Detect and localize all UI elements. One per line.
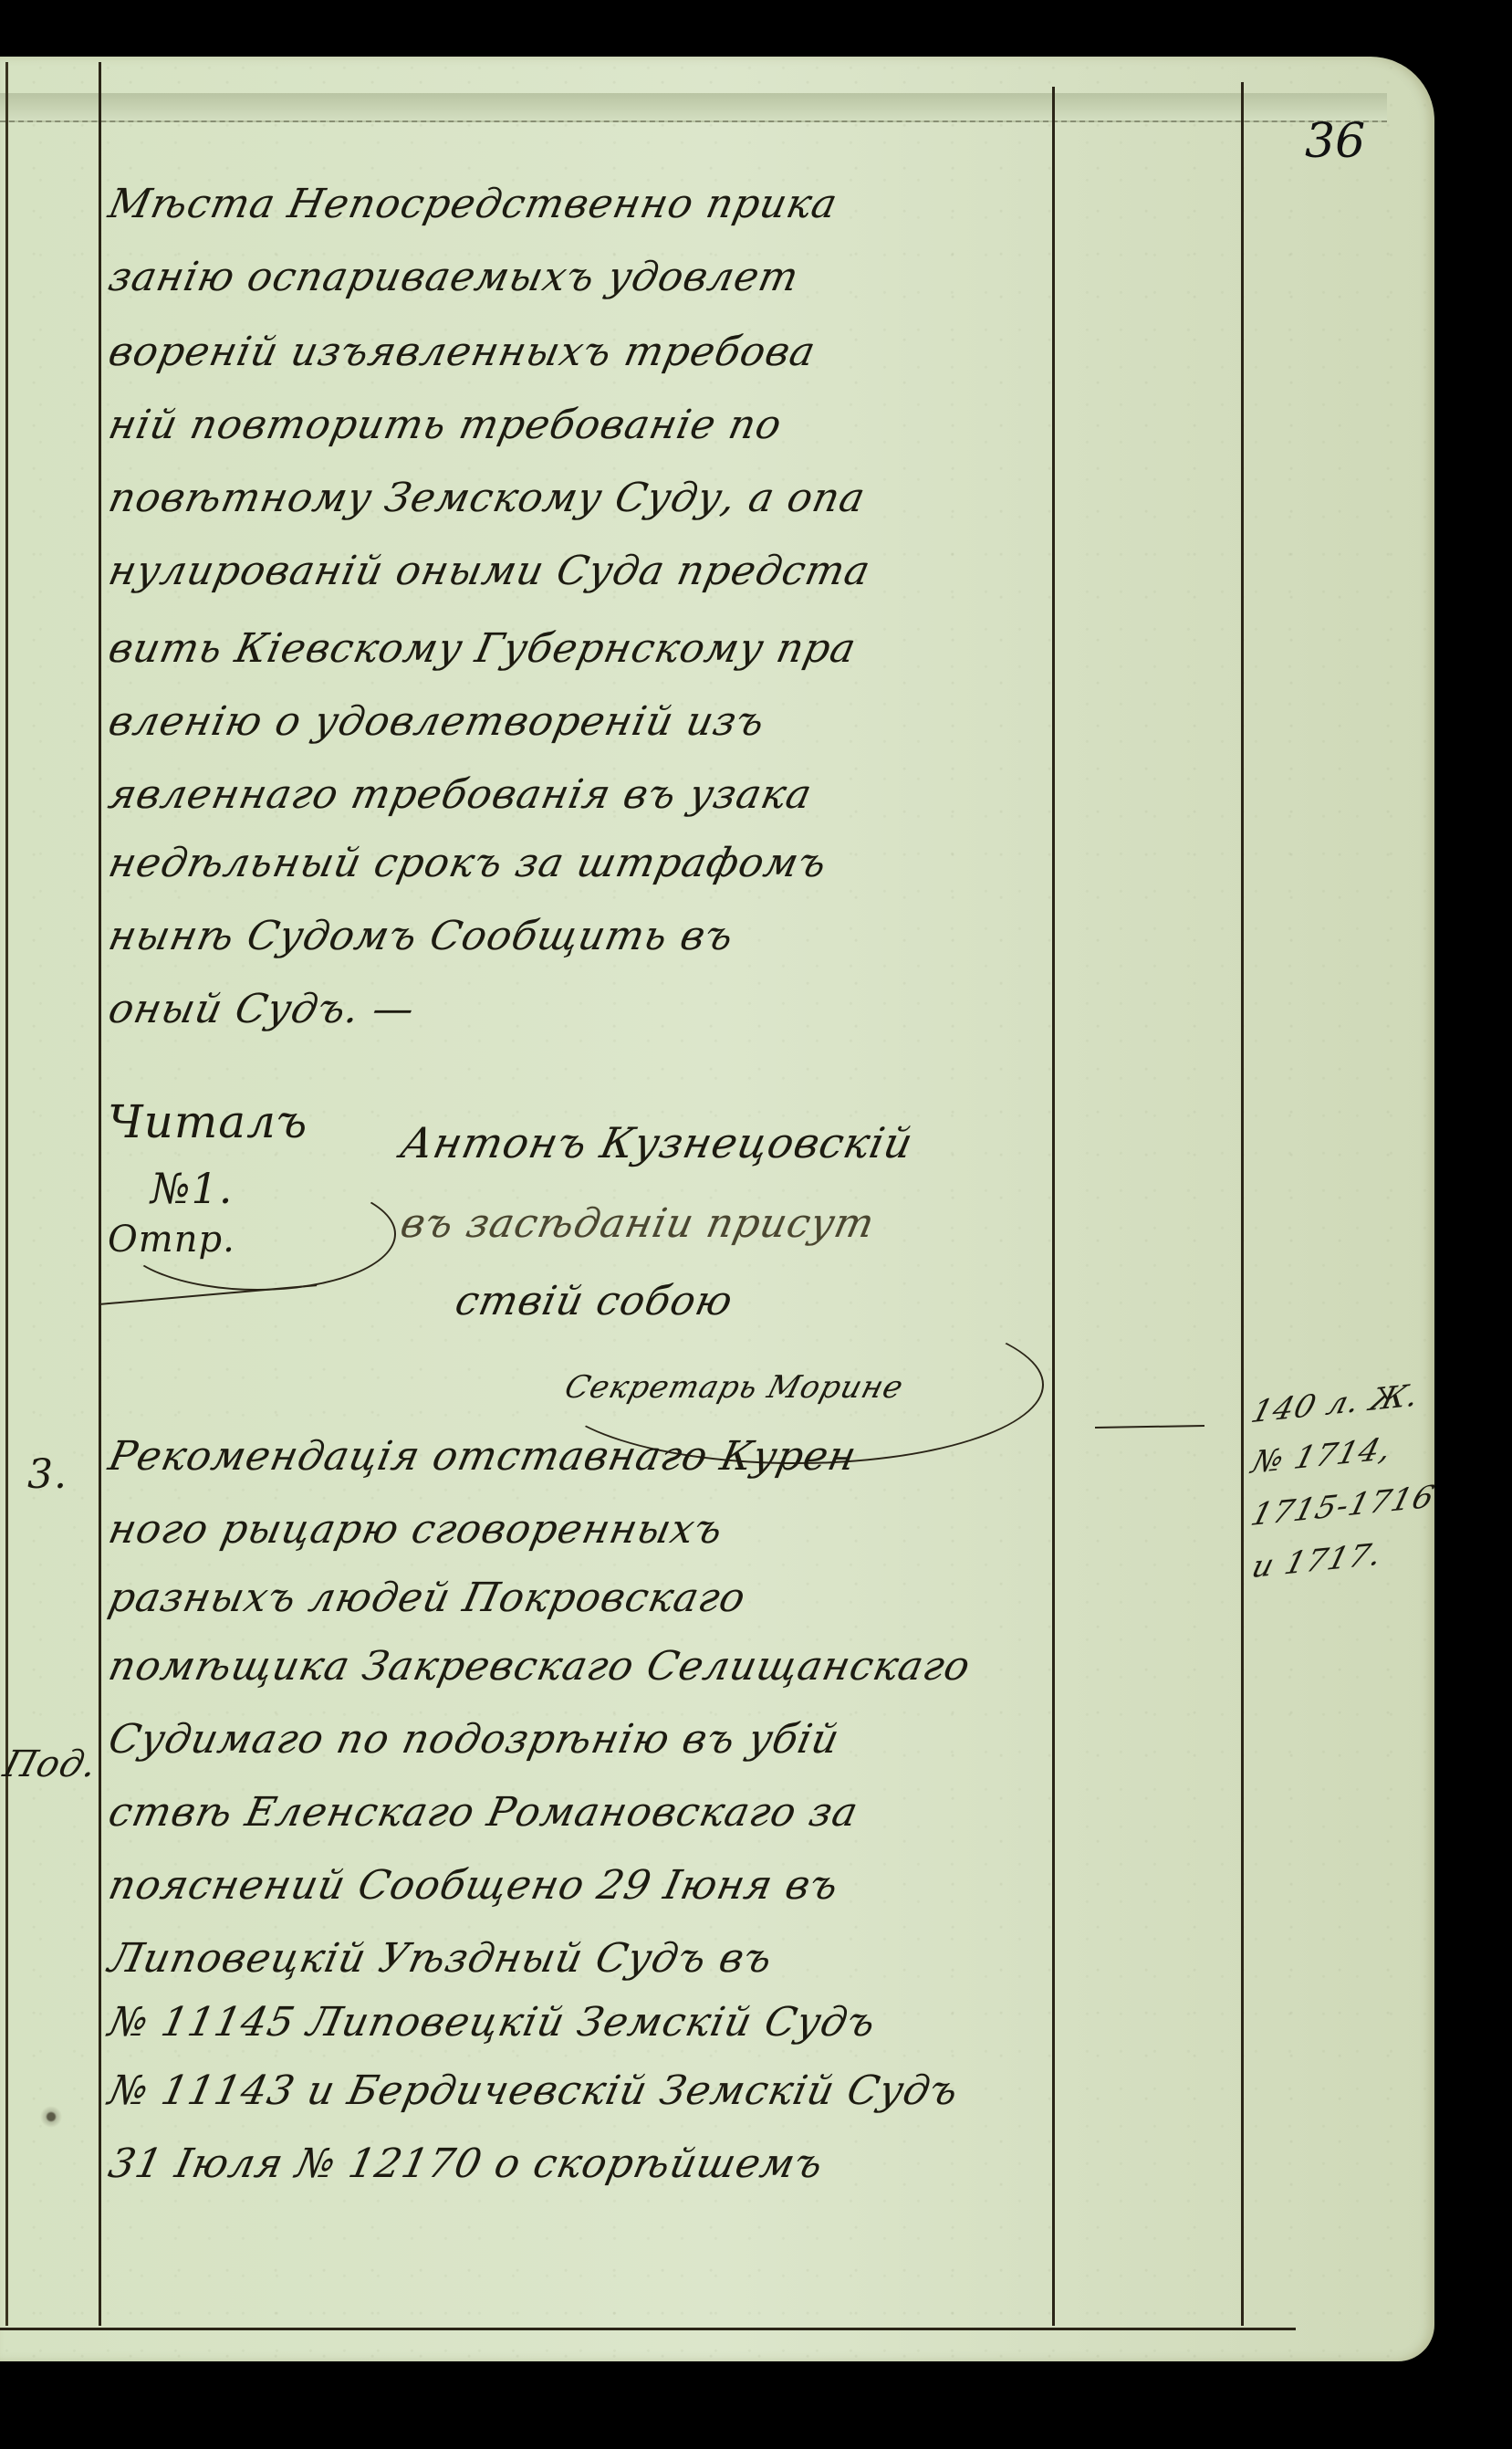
text-line: Мѣста Непосредственно прика — [105, 181, 842, 227]
text-line: повѣтному Земскому Суду, а опа — [105, 475, 870, 521]
entry-number: 3. — [27, 1451, 68, 1498]
page-number: 36 — [1305, 114, 1365, 169]
text-line: вленію о удовлетвореній изъ — [105, 698, 769, 745]
page-stack-edge — [0, 93, 1387, 122]
ink-blot — [38, 2104, 64, 2130]
text-line: занію оспариваемыхъ удовлет — [105, 254, 804, 300]
text-line: помѣщика Закревскаго Селищанскаго — [105, 1643, 975, 1690]
text-line: вореній изъявленныхъ требова — [105, 329, 820, 375]
text-line: № 11143 и Бердичевскій Земскій Судъ — [105, 2067, 963, 2114]
text-line: вить Кіевскому Губернскому пра — [105, 625, 860, 672]
text-line: нулированій оными Суда предста — [105, 548, 875, 594]
text-line: ного рыцарю сговоренныхъ — [105, 1506, 727, 1553]
text-line: нынѣ Судомъ Сообщить въ — [105, 913, 738, 959]
text-line: недѣльный срокъ за штрафомъ — [105, 840, 831, 886]
outer-margin-rule — [5, 62, 8, 2326]
text-line: Липовецкій Уѣздный Судъ въ — [105, 1935, 777, 1982]
text-line: Рекомендація отставнаго Курен — [105, 1433, 861, 1480]
signature-read-label: Читалъ — [108, 1095, 308, 1148]
text-line: ній повторить требованіе по — [105, 402, 787, 448]
signature-flourish — [119, 1177, 396, 1291]
signature-line: въ засѣданіи присут — [397, 1200, 880, 1247]
right-column-rule — [1241, 82, 1244, 2326]
text-line: № 11145 Липовецкій Земскій Судъ — [105, 1999, 881, 2046]
left-margin-rule — [99, 62, 101, 2326]
text-line: Судимаго по подозрѣнію въ убій — [105, 1716, 844, 1763]
middle-column-rule — [1052, 87, 1055, 2326]
bottom-rule — [0, 2328, 1296, 2330]
text-line: явленнаго требованія въ узака — [105, 771, 817, 818]
text-line: 31 Іюля № 12170 о скорѣйшемъ — [105, 2140, 828, 2187]
text-line: ствѣ Еленскаго Романовскаго за — [105, 1789, 863, 1836]
margin-mark: Под. — [0, 1743, 102, 1785]
text-line: оный Судъ. — — [105, 986, 420, 1032]
signature-line: Антонъ Кузнецовскій — [396, 1118, 918, 1167]
text-line: разныхъ людей Покровскаго — [105, 1575, 750, 1621]
text-line: пояснений Сообщено 29 Іюня въ — [105, 1862, 843, 1909]
